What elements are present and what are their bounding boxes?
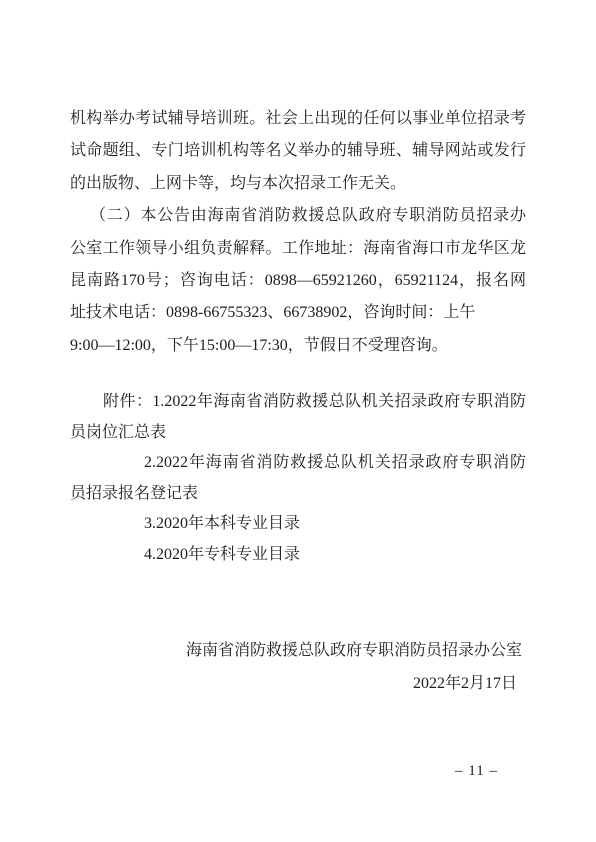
attachments-block: 附件：1.2022年海南省消防救援总队机关招录政府专职消防 员岗位汇总表 2.2…: [70, 387, 526, 571]
doc-line: 试命题组、专门培训机构等名义举办的辅导班、辅导网站或发行: [70, 135, 526, 167]
page-number: – 11 –: [455, 763, 515, 780]
signature-date-line: 2022年2月17日: [70, 667, 526, 700]
attachment-line: 附件：1.2022年海南省消防救援总队机关招录政府专职消防: [70, 387, 526, 418]
doc-line: 昆南路170号；咨询电话：0898—65921260，65921124，报名网: [70, 265, 526, 297]
attachment-line: 员招录报名登记表: [70, 479, 526, 510]
doc-line: 址技术电话：0898-66755323、66738902，咨询时间：上午: [70, 297, 526, 329]
signature-block: 海南省消防救援总队政府专职消防员招录办公室 2022年2月17日: [70, 634, 526, 700]
doc-line: 公室工作领导小组负责解释。工作地址：海南省海口市龙华区龙: [70, 233, 526, 265]
doc-line: 的出版物、上网卡等，均与本次招录工作无关。: [70, 168, 526, 200]
document-page: 机构举办考试辅导培训班。社会上出现的任何以事业单位招录考 试命题组、专门培训机构…: [0, 0, 596, 842]
doc-line: 机构举办考试辅导培训班。社会上出现的任何以事业单位招录考: [70, 103, 526, 135]
attachment-line: 3.2020年本科专业目录: [70, 509, 526, 540]
doc-line: 9:00—12:00，下午15:00—17:30，节假日不受理咨询。: [70, 330, 526, 362]
attachment-line: 员岗位汇总表: [70, 418, 526, 449]
signature-org-line: 海南省消防救援总队政府专职消防员招录办公室: [70, 634, 526, 667]
doc-line: （二）本公告由海南省消防救援总队政府专职消防员招录办: [70, 200, 526, 232]
attachment-line: 4.2020年专科专业目录: [70, 540, 526, 571]
body-paragraphs: 机构举办考试辅导培训班。社会上出现的任何以事业单位招录考 试命题组、专门培训机构…: [70, 103, 526, 362]
attachment-line: 2.2022年海南省消防救援总队机关招录政府专职消防: [70, 448, 526, 479]
